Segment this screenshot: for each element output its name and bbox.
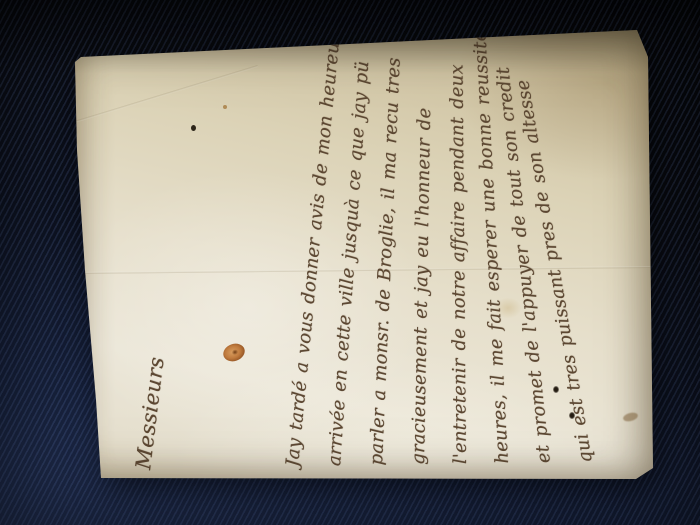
letter-text: Messieurs Jay tardé a vous donner avis d… — [122, 32, 607, 470]
ink-smudge — [622, 411, 639, 423]
letter-body: Jay tardé a vous donner avis de mon heur… — [264, 32, 607, 468]
letter-paper-wrap: Messieurs Jay tardé a vous donner avis d… — [75, 28, 653, 480]
letter-salutation: Messieurs — [130, 41, 208, 471]
letter-paper: Messieurs Jay tardé a vous donner avis d… — [75, 28, 653, 480]
photo-background: Messieurs Jay tardé a vous donner avis d… — [0, 0, 700, 525]
